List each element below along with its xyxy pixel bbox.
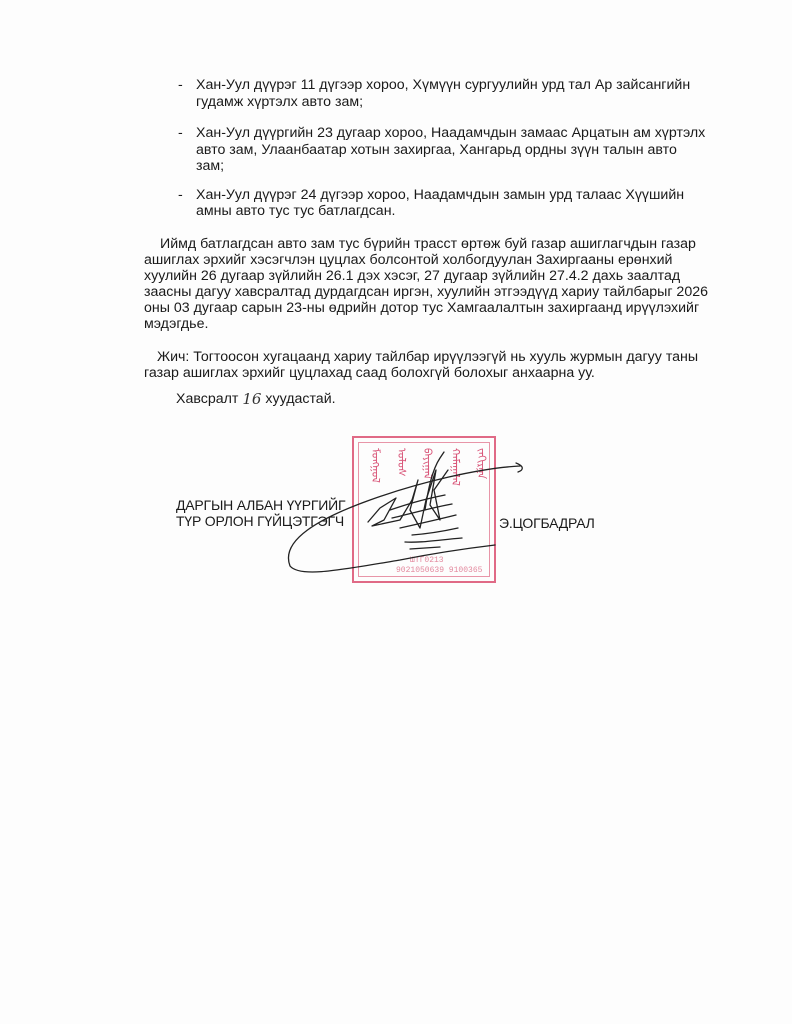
signature-scribble-icon xyxy=(0,0,792,1024)
document-page: - Хан-Уул дүүрэг 11 дүгээр хороо, Хүмүүн… xyxy=(0,0,792,1024)
